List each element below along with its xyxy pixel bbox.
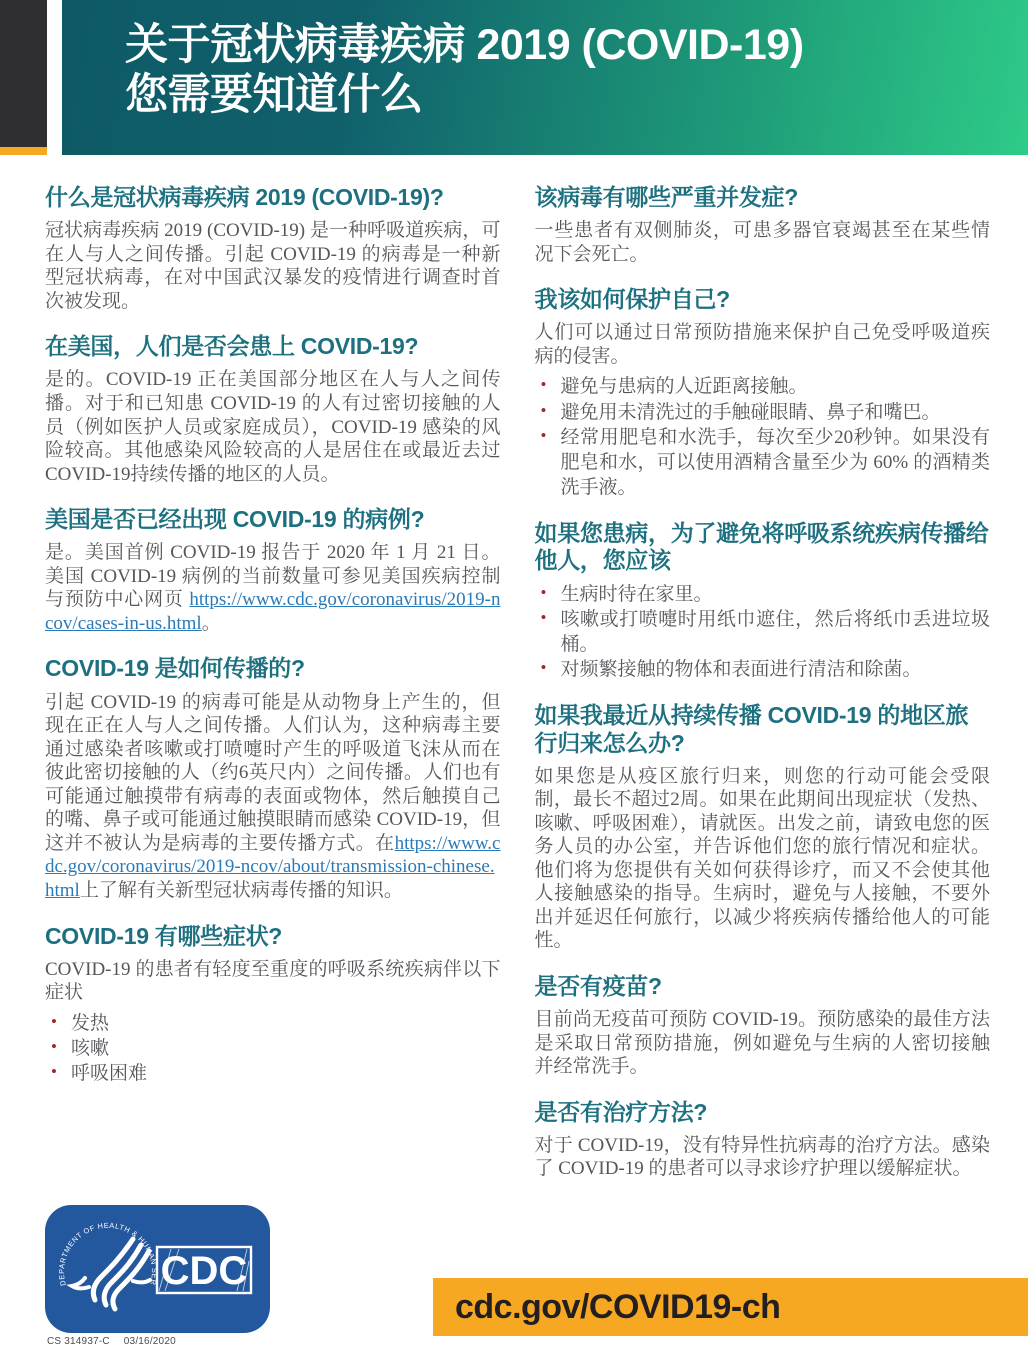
document-number: CS 314937-C03/16/2020	[47, 1336, 190, 1347]
paragraph: 一些患者有双侧肺炎，可患多器官衰竭甚至在某些情况下会死亡。	[535, 219, 991, 266]
bullet-item: 避免与患病的人近距离接触。	[561, 374, 991, 399]
cdc-logo-text: CDC	[161, 1249, 248, 1293]
paragraph: 目前尚无疫苗可预防 COVID-19。预防感染的最佳方法是采取日常预防措施，例如…	[535, 1008, 991, 1079]
doc-id: CS 314937-C	[47, 1336, 110, 1347]
section: 在美国，人们是否会患上 COVID-19?是的。COVID-19 正在美国部分地…	[45, 333, 501, 486]
bullet-list: 发热咳嗽呼吸困难	[45, 1011, 501, 1086]
paragraph: 冠状病毒疾病 2019 (COVID-19) 是一种呼吸道疾病，可在人与人之间传…	[45, 219, 501, 313]
section: 是否有疫苗?目前尚无疫苗可预防 COVID-19。预防感染的最佳方法是采取日常预…	[535, 973, 991, 1079]
section-heading: 是否有疫苗?	[535, 973, 991, 1000]
bullet-item: 生病时待在家里。	[561, 582, 991, 607]
section-heading: 什么是冠状病毒疾病 2019 (COVID-19)?	[45, 184, 501, 211]
section-heading: COVID-19 有哪些症状?	[45, 923, 501, 950]
right-column: 该病毒有哪些严重并发症?一些患者有双侧肺炎，可患多器官衰竭甚至在某些情况下会死亡…	[535, 184, 991, 1187]
left-orange-accent	[0, 147, 47, 155]
bullet-item: 经常用肥皂和水洗手，每次至少20秒钟。如果没有肥皂和水，可以使用酒精含量至少为 …	[561, 425, 991, 500]
footer-url-bar: cdc.gov/COVID19-ch	[433, 1278, 1028, 1336]
section: COVID-19 是如何传播的?引起 COVID-19 的病毒可能是从动物身上产…	[45, 655, 501, 902]
paragraph: 如果您是从疫区旅行归来，则您的行动可能会受限制，最长不超过2周。如果在此期间出现…	[535, 765, 991, 953]
bullet-item: 咳嗽或打喷嚏时用纸巾遮住，然后将纸巾丢进垃圾桶。	[561, 607, 991, 657]
paragraph-text: 目前尚无疫苗可预防 COVID-19。预防感染的最佳方法是采取日常预防措施，例如…	[535, 1009, 991, 1077]
section: 什么是冠状病毒疾病 2019 (COVID-19)?冠状病毒疾病 2019 (C…	[45, 184, 501, 313]
section-heading: 如果您患病，为了避免将呼吸系统疾病传播给他人，您应该	[535, 520, 991, 574]
cdc-logo: DEPARTMENT OF HEALTH & HUMAN SERVICES-US…	[45, 1205, 270, 1333]
bullet-list: 生病时待在家里。咳嗽或打喷嚏时用纸巾遮住，然后将纸巾丢进垃圾桶。对频繁接触的物体…	[535, 582, 991, 682]
section: 如果我最近从持续传播 COVID-19 的地区旅行归来怎么办?如果您是从疫区旅行…	[535, 702, 991, 953]
hhs-eagle-icon: DEPARTMENT OF HEALTH & HUMAN SERVICES-US…	[45, 1205, 270, 1333]
bullet-item: 咳嗽	[71, 1036, 501, 1061]
bullet-item: 发热	[71, 1011, 501, 1036]
page-title-line2: 您需要知道什么	[125, 70, 1028, 120]
paragraph-text: 如果您是从疫区旅行归来，则您的行动可能会受限制，最长不超过2周。如果在此期间出现…	[535, 766, 991, 952]
section: 是否有治疗方法?对于 COVID-19，没有特异性抗病毒的治疗方法。感染了 CO…	[535, 1099, 991, 1181]
header-banner: 关于冠状病毒疾病 2019 (COVID-19) 您需要知道什么	[62, 0, 1028, 155]
page-title-line1: 关于冠状病毒疾病 2019 (COVID-19)	[125, 20, 1028, 70]
bullet-item: 呼吸困难	[71, 1061, 501, 1086]
section: 我该如何保护自己?人们可以通过日常预防措施来保护自己免受呼吸道疾病的侵害。避免与…	[535, 286, 991, 500]
section-heading: COVID-19 是如何传播的?	[45, 655, 501, 682]
section-heading: 我该如何保护自己?	[535, 286, 991, 313]
paragraph: 引起 COVID-19 的病毒可能是从动物身上产生的，但现在正在人与人之间传播。…	[45, 691, 501, 903]
paragraph: 是的。COVID-19 正在美国部分地区在人与人之间传播。对于和已知患 COVI…	[45, 368, 501, 486]
left-column: 什么是冠状病毒疾病 2019 (COVID-19)?冠状病毒疾病 2019 (C…	[45, 184, 501, 1187]
paragraph-text: 人们可以通过日常预防措施来保护自己免受呼吸道疾病的侵害。	[535, 322, 991, 367]
section: 如果您患病，为了避免将呼吸系统疾病传播给他人，您应该生病时待在家里。咳嗽或打喷嚏…	[535, 520, 991, 683]
paragraph-text: 对于 COVID-19，没有特异性抗病毒的治疗方法。感染了 COVID-19 的…	[535, 1135, 991, 1180]
left-black-bar	[0, 0, 47, 147]
paragraph: 是。美国首例 COVID-19 报告于 2020 年 1 月 21 日。美国 C…	[45, 541, 501, 635]
paragraph-text: 引起 COVID-19 的病毒可能是从动物身上产生的，但现在正在人与人之间传播。…	[45, 692, 501, 854]
section-heading: 是否有治疗方法?	[535, 1099, 991, 1126]
section-heading: 在美国，人们是否会患上 COVID-19?	[45, 333, 501, 360]
section-heading: 美国是否已经出现 COVID-19 的病例?	[45, 506, 501, 533]
page-title: 关于冠状病毒疾病 2019 (COVID-19) 您需要知道什么	[62, 0, 1028, 121]
paragraph: 对于 COVID-19，没有特异性抗病毒的治疗方法。感染了 COVID-19 的…	[535, 1134, 991, 1181]
paragraph-text: 是的。COVID-19 正在美国部分地区在人与人之间传播。对于和已知患 COVI…	[45, 369, 501, 484]
paragraph-text: 冠状病毒疾病 2019 (COVID-19) 是一种呼吸道疾病，可在人与人之间传…	[45, 220, 501, 312]
paragraph-text: COVID-19 的患者有轻度至重度的呼吸系统疾病伴以下症状	[45, 959, 501, 1004]
bullet-list: 避免与患病的人近距离接触。避免用未清洗过的手触碰眼睛、鼻子和嘴巴。经常用肥皂和水…	[535, 374, 991, 499]
section-heading: 该病毒有哪些严重并发症?	[535, 184, 991, 211]
section: 美国是否已经出现 COVID-19 的病例?是。美国首例 COVID-19 报告…	[45, 506, 501, 635]
doc-date: 03/16/2020	[124, 1336, 176, 1347]
paragraph: 人们可以通过日常预防措施来保护自己免受呼吸道疾病的侵害。	[535, 321, 991, 368]
section: COVID-19 有哪些症状?COVID-19 的患者有轻度至重度的呼吸系统疾病…	[45, 923, 501, 1086]
section-heading: 如果我最近从持续传播 COVID-19 的地区旅行归来怎么办?	[535, 702, 991, 756]
footer-url[interactable]: cdc.gov/COVID19-ch	[433, 1288, 780, 1327]
paragraph-text: 上了解有关新型冠状病毒传播的知识。	[80, 880, 403, 901]
paragraph-text: 。	[202, 613, 221, 634]
content-area: 什么是冠状病毒疾病 2019 (COVID-19)?冠状病毒疾病 2019 (C…	[45, 184, 990, 1187]
paragraph-text: 一些患者有双侧肺炎，可患多器官衰竭甚至在某些情况下会死亡。	[535, 220, 991, 265]
section: 该病毒有哪些严重并发症?一些患者有双侧肺炎，可患多器官衰竭甚至在某些情况下会死亡…	[535, 184, 991, 266]
bullet-item: 避免用未清洗过的手触碰眼睛、鼻子和嘴巴。	[561, 400, 991, 425]
paragraph: COVID-19 的患者有轻度至重度的呼吸系统疾病伴以下症状	[45, 958, 501, 1005]
bullet-item: 对频繁接触的物体和表面进行清洁和除菌。	[561, 657, 991, 682]
